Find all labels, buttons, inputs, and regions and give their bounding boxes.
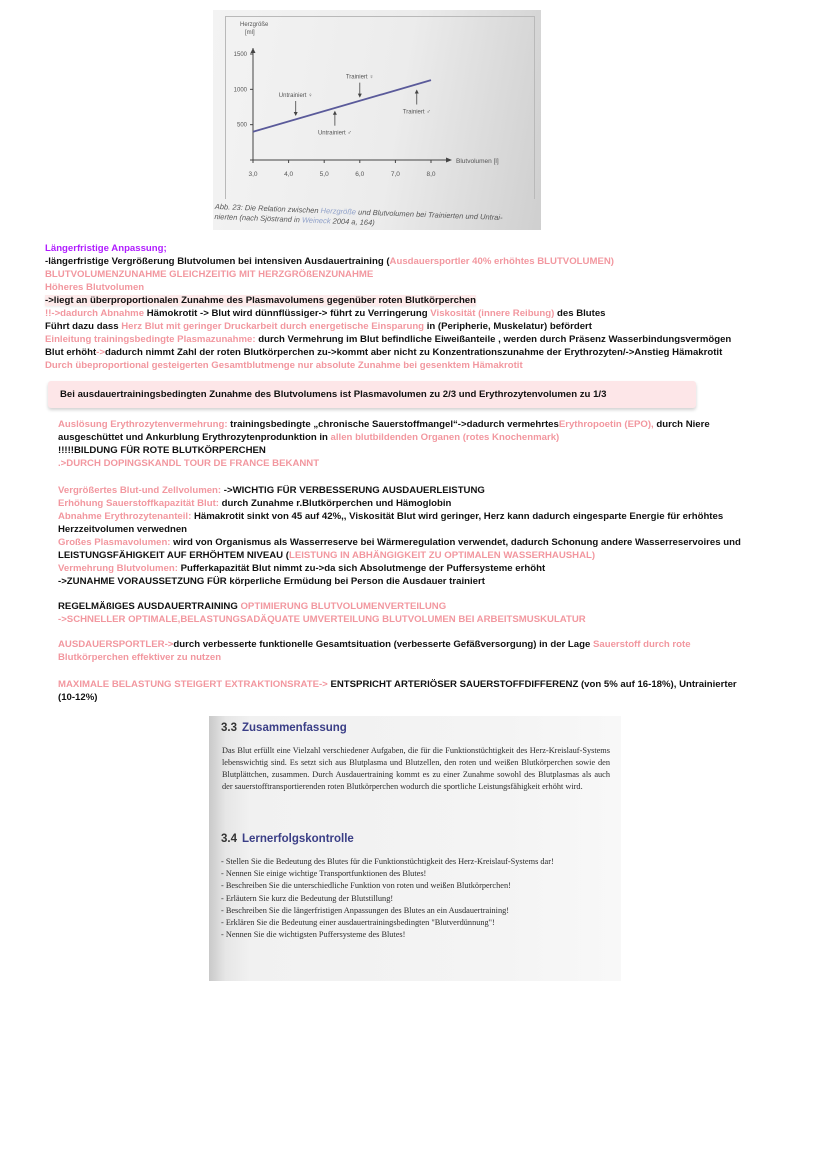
note-line: ->SCHNELLER OPTIMALE,BELASTUNGSADÄQUATE …	[58, 613, 586, 626]
question-item: - Erläutern Sie kurz die Bedeutung der B…	[221, 893, 619, 905]
section-heading: Längerfristige Anpassung;	[45, 242, 731, 255]
note-line: Großes Plasmavolumen: wird von Organismu…	[58, 536, 741, 549]
callout-box: Bei ausdauertrainingsbedingten Zunahme d…	[48, 381, 696, 408]
question-item: - Stellen Sie die Bedeutung des Blutes f…	[221, 856, 619, 868]
svg-text:Untrainiert ♂: Untrainiert ♂	[318, 131, 352, 137]
note-line: Höheres Blutvolumen	[45, 281, 731, 294]
notes-max-load: MAXIMALE BELASTUNG STEIGERT EXTRAKTIONSR…	[58, 678, 737, 704]
note-line: Führt dazu dass Herz Blut mit geringer D…	[45, 320, 731, 333]
svg-text:3,0: 3,0	[248, 171, 257, 178]
svg-text:Untrainiert ♀: Untrainiert ♀	[279, 93, 313, 99]
note-line: LEISTUNGSFÄHIGKEIT AUF ERHÖHTEM NIVEAU (…	[58, 549, 741, 562]
note-line: !!->dadurch Abnahme Hämokrotit -> Blut w…	[45, 307, 731, 320]
svg-text:[ml]: [ml]	[245, 30, 255, 36]
notes-endurance-athletes: AUSDAUERSPORTLER->durch verbesserte funk…	[58, 638, 691, 664]
svg-text:4,0: 4,0	[284, 171, 293, 178]
question-item: - Nennen Sie die wichtigsten Puffersyste…	[221, 929, 619, 941]
summary-paragraph: Das Blut erfüllt eine Vielzahl verschied…	[222, 745, 610, 793]
question-item: - Nennen Sie einige wichtige Transportfu…	[221, 868, 619, 880]
section-heading-review: 3.4Lernerfolgskontrolle	[221, 833, 354, 845]
svg-text:Blutvolumen [l]: Blutvolumen [l]	[456, 158, 499, 165]
section-heading-summary: 3.3Zusammenfassung	[221, 722, 347, 734]
note-line: Vermehrung Blutvolumen: Pufferkapazität …	[58, 562, 741, 575]
note-line: Vergrößertes Blut-und Zellvolumen: ->WIC…	[58, 484, 741, 497]
figure-photo: Herzgröße[ml]500100015003,04,05,06,07,08…	[213, 10, 541, 230]
note-line: ausgeschüttet und Ankurblung Erythrozyte…	[58, 431, 710, 444]
svg-text:7,0: 7,0	[391, 171, 400, 178]
highlighted-text: ->liegt an überproportionalen Zunahme de…	[45, 295, 476, 306]
heart-size-blood-volume-chart: Herzgröße[ml]500100015003,04,05,06,07,08…	[213, 10, 541, 202]
note-line: Durch übeproportional gesteigerten Gesam…	[45, 359, 731, 372]
svg-text:500: 500	[237, 123, 248, 129]
note-line: Einleitung trainingsbedingte Plasmazunah…	[45, 333, 731, 346]
note-line: AUSDAUERSPORTLER->durch verbesserte funk…	[58, 638, 691, 651]
notes-effects: Vergrößertes Blut-und Zellvolumen: ->WIC…	[58, 484, 741, 588]
svg-text:Herzgröße: Herzgröße	[240, 22, 269, 28]
note-line: Auslösung Erythrozytenvermehrung: traini…	[58, 418, 710, 431]
review-questions: - Stellen Sie die Bedeutung des Blutes f…	[221, 856, 619, 941]
note-line: BLUTVOLUMENZUNAHME GLEICHZEITIG MIT HERZ…	[45, 268, 731, 281]
svg-text:Trainiert ♂: Trainiert ♂	[403, 110, 431, 116]
svg-text:8,0: 8,0	[426, 171, 435, 178]
note-line: Herzzeitvolumen verwednen	[58, 523, 741, 536]
note-line: (10-12%)	[58, 691, 737, 704]
note-line: Erhöhung Sauerstoffkapazität Blut: durch…	[58, 497, 741, 510]
note-line: MAXIMALE BELASTUNG STEIGERT EXTRAKTIONSR…	[58, 678, 737, 691]
svg-text:1500: 1500	[234, 52, 248, 58]
note-line: ->ZUNAHME VORAUSSETZUNG FÜR körperliche …	[58, 575, 741, 588]
question-item: - Erklären Sie die Bedeutung einer ausda…	[221, 917, 619, 929]
note-line: ->liegt an überproportionalen Zunahme de…	[45, 294, 731, 307]
note-line: Blutkörperchen effektiver zu nutzen	[58, 651, 691, 664]
note-line: !!!!!BILDUNG FÜR ROTE BLUTKÖRPERCHEN	[58, 444, 710, 457]
textbook-photo: 3.3Zusammenfassung Das Blut erfüllt eine…	[209, 716, 621, 981]
note-line: .>DURCH DOPINGSKANDL TOUR DE FRANCE BEKA…	[58, 457, 710, 470]
question-item: - Beschreiben Sie die unterschiedliche F…	[221, 880, 619, 892]
notes-regular-training: REGELMÄßIGES AUSDAUERTRAINING OPTIMIERUN…	[58, 600, 586, 626]
notes-erythrocytes: Auslösung Erythrozytenvermehrung: traini…	[58, 418, 710, 470]
note-line: -längerfristige Vergrößerung Blutvolumen…	[45, 255, 731, 268]
svg-text:Trainiert ♀: Trainiert ♀	[346, 75, 374, 81]
note-line: Blut erhöht->dadurch nimmt Zahl der rote…	[45, 346, 731, 359]
svg-text:6,0: 6,0	[355, 171, 364, 178]
notes-adaptation: Längerfristige Anpassung; -längerfristig…	[45, 242, 731, 372]
note-line: Abnahme Erythrozytenanteil: Hämakrotit s…	[58, 510, 741, 523]
question-item: - Beschreiben Sie die längerfristigen An…	[221, 905, 619, 917]
figure-caption: Abb. 23: Die Relation zwischen Herzgröße…	[214, 202, 545, 235]
svg-text:1000: 1000	[234, 87, 248, 93]
note-line: REGELMÄßIGES AUSDAUERTRAINING OPTIMIERUN…	[58, 600, 586, 613]
svg-text:5,0: 5,0	[320, 171, 329, 178]
